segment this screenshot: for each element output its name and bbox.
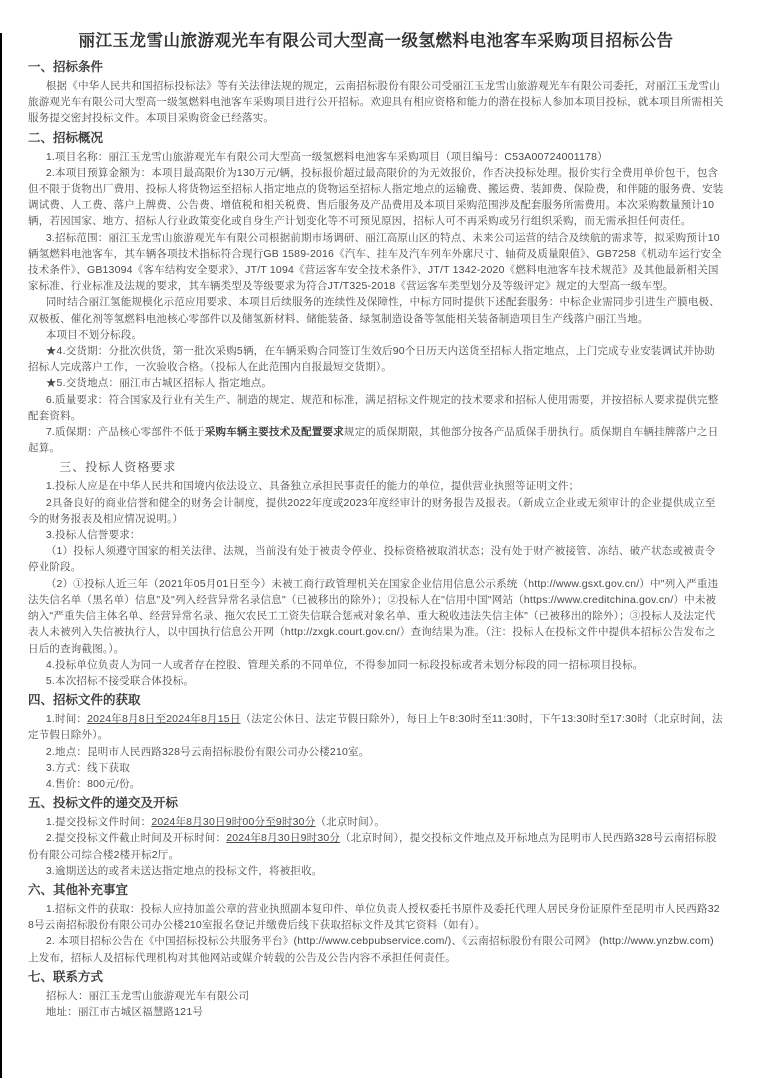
section-3-paragraph-1: 1.投标人应是在中华人民共和国境内依法设立、具备独立承担民事责任的能力的单位，提…	[28, 478, 724, 494]
section-2-paragraph-4: 同时结合丽江氢能规模化示范应用要求、本项目后续服务的连续性及保障性，中标方同时提…	[28, 294, 724, 326]
section-2-paragraph-1: 1.项目名称：丽江玉龙雪山旅游观光车有限公司大型高一级氢燃料电池客车采购项目（项…	[28, 149, 724, 165]
section-4-paragraph-2: 2.地点：昆明市人民西路328号云南招标股份有限公司办公楼210室。	[28, 744, 724, 760]
section-3-paragraph-5: （2）①投标人近三年（2021年05月01日至今）未被工商行政管理机关在国家企业…	[28, 576, 724, 657]
section-4-heading: 四、招标文件的获取	[28, 692, 724, 709]
section-2-paragraph-5: 本项目不划分标段。	[28, 327, 724, 343]
section-2-paragraph-7: ★5.交货地点：丽江市古城区招标人 指定地点。	[28, 375, 724, 391]
text-segment: （北京时间）。	[315, 816, 385, 828]
section-4-paragraph-4: 4.售价：800元/份。	[28, 776, 724, 792]
section-7-heading: 七、联系方式	[28, 969, 724, 986]
text-segment: 1.提交投标文件时间：	[46, 816, 151, 828]
document-body: 丽江玉龙雪山旅游观光车有限公司大型高一级氢燃料电池客车采购项目招标公告 一、招标…	[0, 0, 760, 1020]
section-3-heading: 三、投标人资格要求	[28, 459, 724, 476]
text-segment: 7.质保期：产品核心零部件不低于	[46, 426, 205, 438]
section-3-paragraph-3: 3.投标人信誉要求：	[28, 527, 724, 543]
section-6-heading: 六、其他补充事宜	[28, 882, 724, 899]
section-5-paragraph-3: 3.逾期送达的或者未送达指定地点的投标文件，将被拒收。	[28, 863, 724, 879]
section-2-paragraph-9: 7.质保期：产品核心零部件不低于采购车辆主要技术及配置要求规定的质保期限，其他部…	[28, 424, 724, 456]
section-6-paragraph-1: 1.招标文件的获取：投标人应持加盖公章的营业执照副本复印件、单位负责人授权委托书…	[28, 901, 724, 933]
section-5-heading: 五、投标文件的递交及开标	[28, 795, 724, 812]
section-2-heading: 二、招标概况	[28, 130, 724, 147]
section-2-paragraph-3: 3.招标范围：丽江玉龙雪山旅游观光车有限公司根据前期市场调研、丽江高原山区的特点…	[28, 230, 724, 295]
text-segment: 2.提交投标文件截止时间及开标时间：	[46, 832, 226, 844]
section-7-paragraph-1: 招标人：丽江玉龙雪山旅游观光车有限公司	[28, 988, 724, 1004]
page-left-border	[0, 33, 2, 1078]
section-5-paragraph-1: 1.提交投标文件时间：2024年8月30日9时00分至9时30分（北京时间）。	[28, 814, 724, 830]
underlined-date: 2024年8月8日至2024年8月15日	[87, 713, 240, 725]
section-3-paragraph-7: 5.本次招标不接受联合体投标。	[28, 673, 724, 689]
page-title: 丽江玉龙雪山旅游观光车有限公司大型高一级氢燃料电池客车采购项目招标公告	[28, 30, 724, 52]
section-4-paragraph-1: 1.时间：2024年8月8日至2024年8月15日（法定公休日、法定节假日除外）…	[28, 711, 724, 743]
tender-announcement-page: 丽江玉龙雪山旅游观光车有限公司大型高一级氢燃料电池客车采购项目招标公告 一、招标…	[0, 0, 760, 1078]
section-4-paragraph-3: 3.方式：线下获取	[28, 760, 724, 776]
section-6-paragraph-2: 2. 本项目招标公告在《中国招标投标公共服务平台》(http://www.ceb…	[28, 933, 724, 965]
underlined-date: 2024年8月30日9时30分	[226, 832, 340, 844]
section-3-paragraph-4: （1）投标人须遵守国家的相关法律、法规，当前没有处于被责令停业、投标资格被取消状…	[28, 543, 724, 575]
bold-text-segment: 采购车辆主要技术及配置要求	[205, 426, 344, 438]
section-3-paragraph-2: 2具备良好的商业信誉和健全的财务会计制度，提供2022年度或2023年度经审计的…	[28, 495, 724, 527]
section-2-paragraph-8: 6.质量要求：符合国家及行业有关生产、制造的规定、规范和标准，满足招标文件规定的…	[28, 392, 724, 424]
section-7-paragraph-2: 地址：丽江市古城区福慧路121号	[28, 1004, 724, 1020]
section-1-heading: 一、招标条件	[28, 59, 724, 76]
section-3-paragraph-6: 4.投标单位负责人为同一人或者存在控股、管理关系的不同单位，不得参加同一标段投标…	[28, 657, 724, 673]
section-1-paragraph-1: 根据《中华人民共和国招标投标法》等有关法律法规的规定，云南招标股份有限公司受丽江…	[28, 78, 724, 127]
section-2-paragraph-6: ★4.交货期：分批次供货，第一批次采购5辆，在车辆采购合同签订生效后90个日历天…	[28, 343, 724, 375]
underlined-date: 2024年8月30日9时00分至9时30分	[151, 816, 315, 828]
section-2-paragraph-2: 2.本项目预算金额为：本项目最高限价为130万元/辆，投标报价超过最高限价的为无…	[28, 165, 724, 230]
text-segment: 1.时间：	[46, 713, 87, 725]
section-5-paragraph-2: 2.提交投标文件截止时间及开标时间：2024年8月30日9时30分（北京时间），…	[28, 830, 724, 862]
